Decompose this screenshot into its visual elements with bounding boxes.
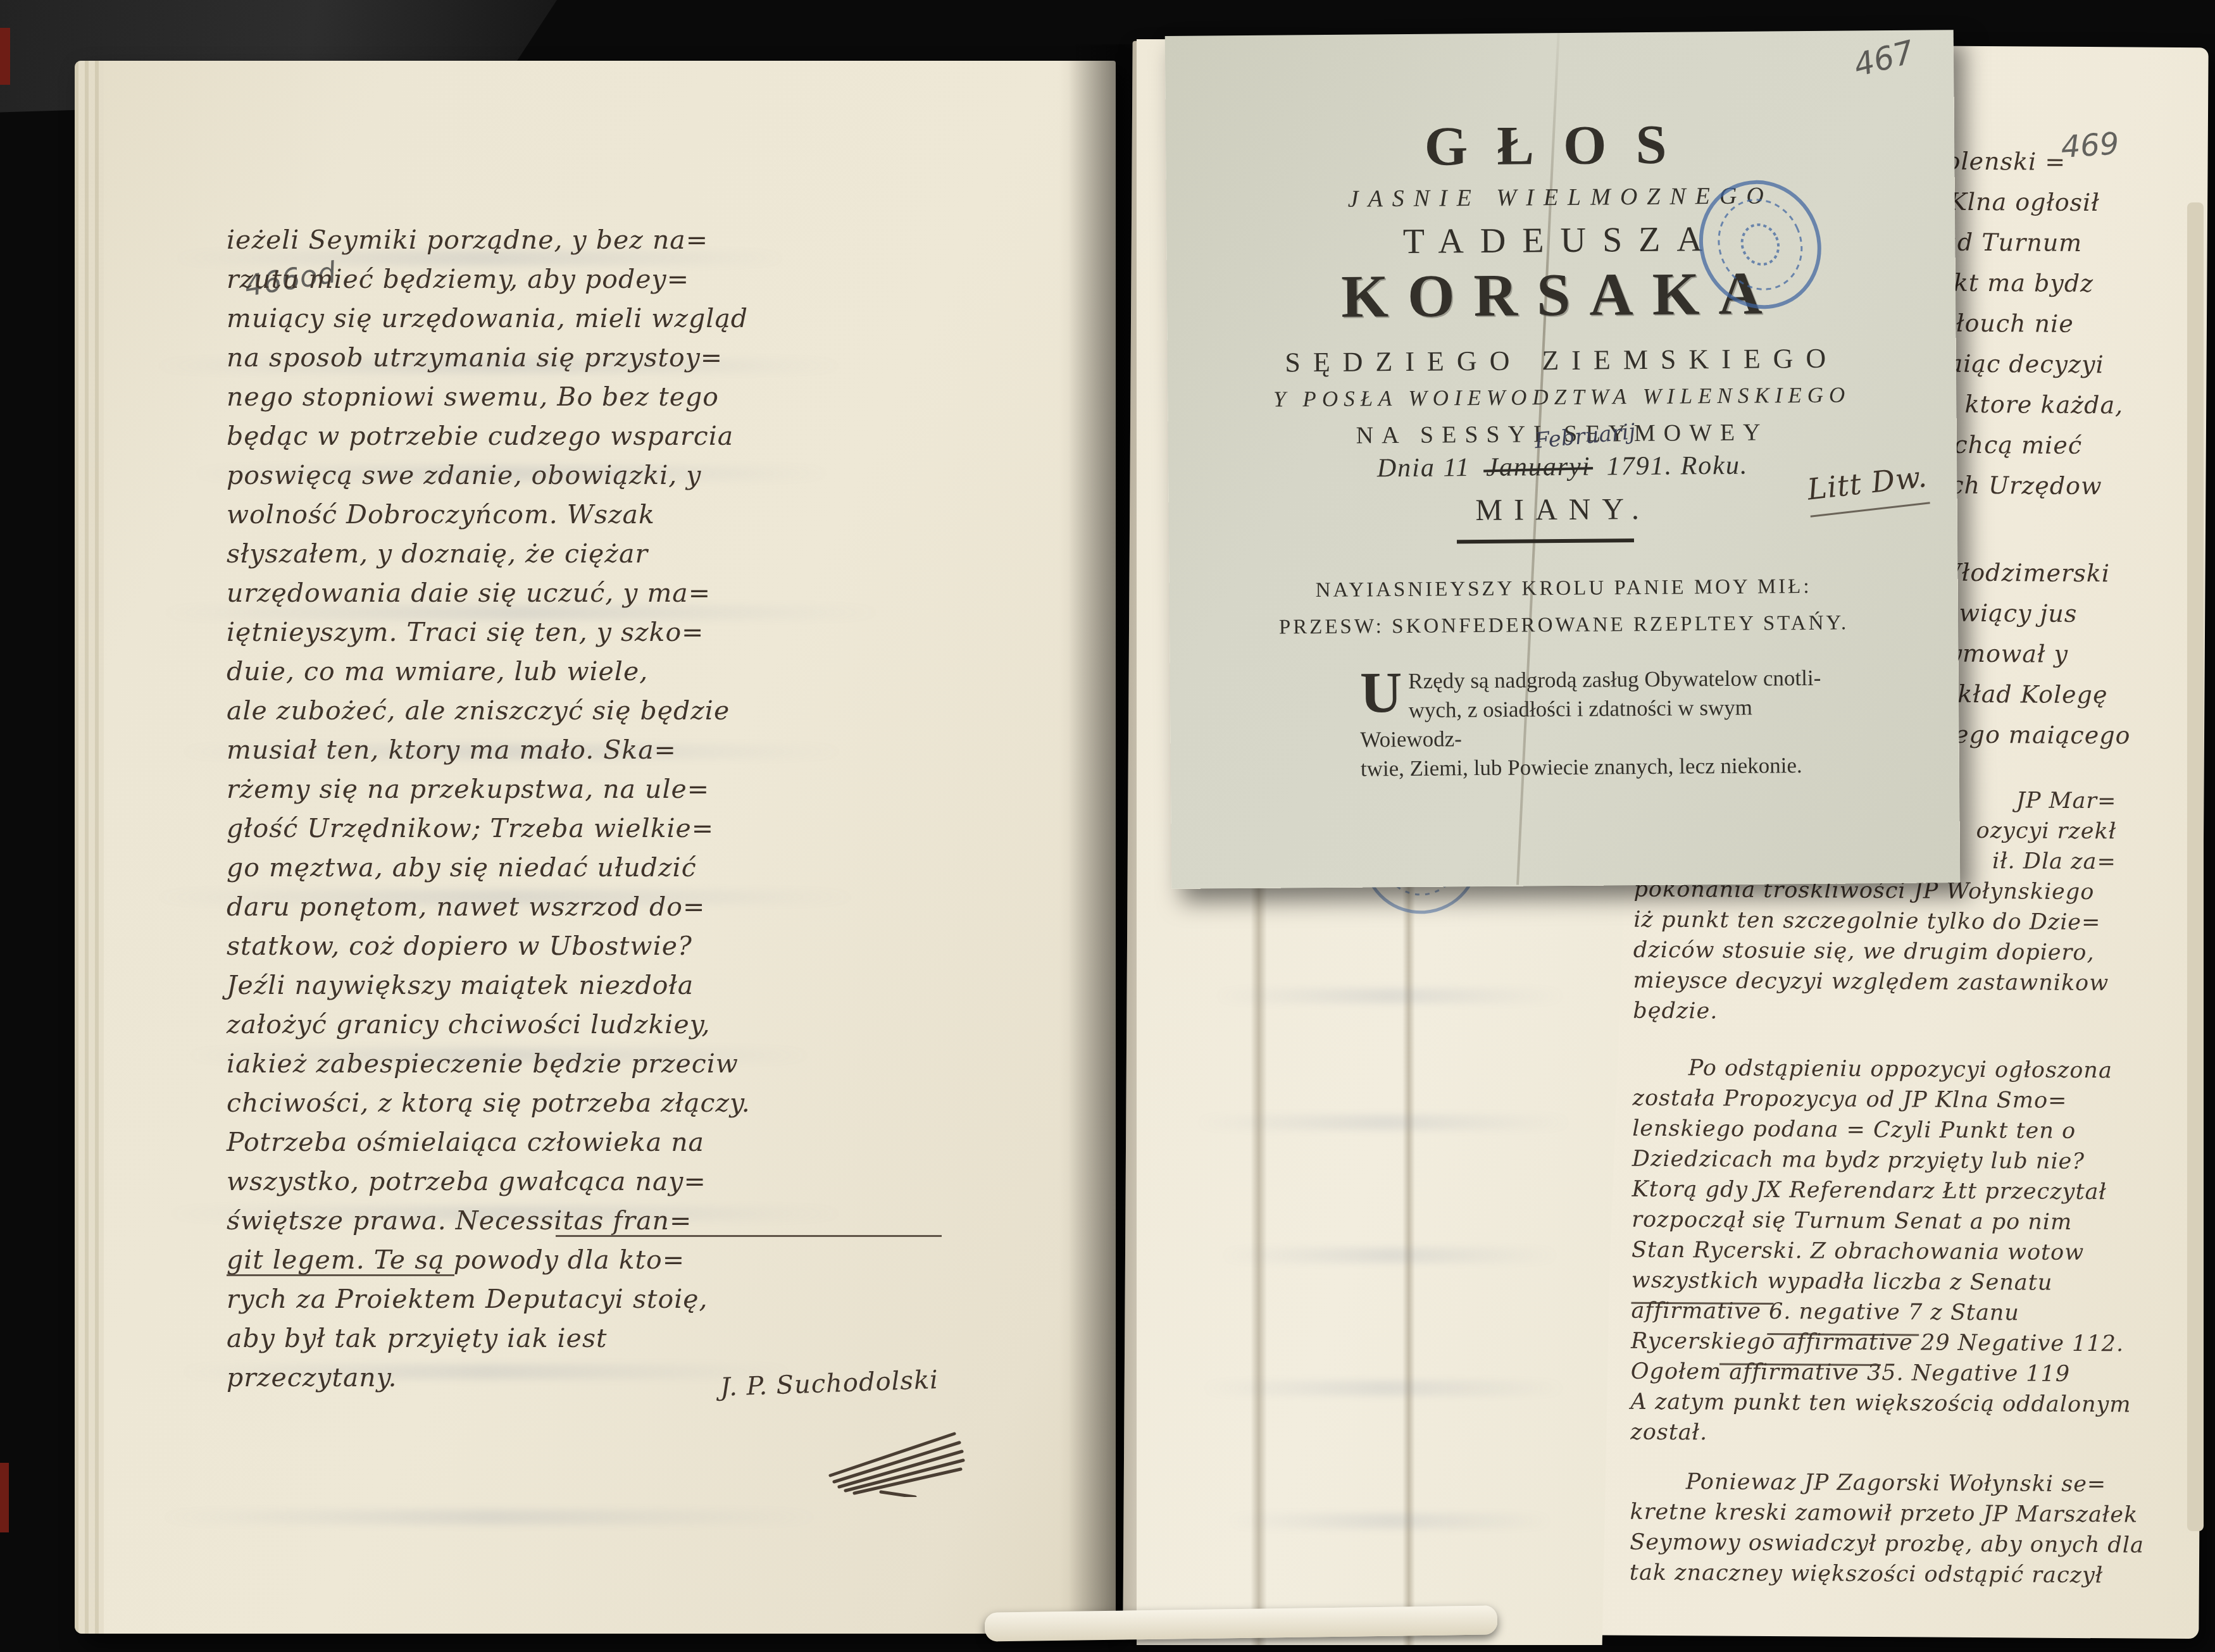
ink-bleed-ghost <box>1213 988 1567 1003</box>
manuscript-line: A zatym punkt ten większością oddalonym <box>1630 1387 2187 1420</box>
title-glos: GŁOS <box>1166 111 1955 181</box>
date-struck-month: Januaryi <box>1486 452 1591 482</box>
underlying-page-edge <box>2187 202 2204 1531</box>
manuscript-line: została Propozycya od JP Klna Smo= <box>1632 1083 2189 1117</box>
printed-rule <box>1457 538 1634 543</box>
manuscript-line: go męztwa, aby się niedać ułudzić <box>227 848 1106 887</box>
date-prefix: Dnia 11 <box>1377 453 1471 483</box>
manuscript-line: urzędowania daie się uczuć, y ma= <box>227 573 1106 612</box>
title-deputy-line: Y POSŁA WOIEWODZTWA WILENSKIEGO <box>1168 382 1956 413</box>
ink-bleed-ghost <box>1194 1115 1573 1130</box>
manuscript-line: wszystko, potrzeba gwałcąca nay= <box>227 1162 1106 1201</box>
manuscript-line: iakież zabespieczenie będzie przeciw <box>227 1044 1106 1083</box>
manuscript-line: ale zubożeć, ale zniszczyć się będzie <box>227 691 1106 730</box>
pencil-folio-number: 467 <box>1850 34 1918 84</box>
manuscript-line: słyszałem, y doznaię, że ciężar <box>227 534 1106 573</box>
manuscript-line: kretne kreski zamowił przeto JP Marszałe… <box>1630 1497 2187 1531</box>
manuscript-line: rżemy się na przekupstwa, na ule= <box>227 769 1106 809</box>
ink-bleed-ghost <box>1200 1381 1567 1396</box>
manuscript-line: chciwości, z ktorą się potrzeba złączy. <box>227 1083 1106 1122</box>
manuscript-line: musiał ten, ktory ma mało. Ska= <box>227 730 1106 769</box>
manuscript-line: daru ponętom, nawet wszrzod do= <box>227 887 1106 926</box>
manuscript-line: muiący się urzędowania, mieli wzgląd <box>227 299 1106 338</box>
manuscript-line: Potrzeba ośmielaiąca człowieka na <box>227 1122 1106 1162</box>
underline-flourish <box>227 1274 454 1276</box>
manuscript-line: na sposob utrzymania się przystoy= <box>227 338 1106 377</box>
ink-bleed-ghost <box>1225 1513 1554 1529</box>
manuscript-line: Poniewaz JP Zagorski Wołynski se= <box>1630 1467 2187 1500</box>
manuscript-line: dziców stosuie się, we drugim dopiero, <box>1633 935 2190 969</box>
printed-title-leaf: 467 GŁOS JASNIE WIELMOZNEGO TADEUSZA KOR… <box>1165 30 1961 889</box>
manuscript-line: iż punkt ten szczegolnie tylko do Dzie= <box>1633 905 2190 938</box>
manuscript-line: statkow, coż dopiero w Ubostwie? <box>227 926 1106 966</box>
manuscript-line: przeczytany. <box>227 1358 1106 1397</box>
printed-body-lines: Rzędy są nadgrodą zasług Obywatelow cnot… <box>1360 664 1842 784</box>
manuscript-line: ieżeli Seymiki porządne, y bez na= <box>227 220 1106 259</box>
ink-bleed-ghost <box>1219 1248 1561 1263</box>
manuscript-line: Po odstąpieniu oppozycyi ogłoszona <box>1633 1053 2190 1086</box>
printed-line: wych, z osiadłości i zdatności w swym Wo… <box>1360 693 1842 755</box>
title-honorific: JASNIE WIELMOZNEGO <box>1166 180 1955 214</box>
manuscript-line: świętsze prawa. Necessitas fran= <box>227 1201 1106 1240</box>
book-scan-photo: 466od ieżeli Seymiki porządne, y bez na=… <box>0 0 2215 1652</box>
manuscript-line: rzutu mieć będziemy, aby podey= <box>227 259 1106 299</box>
manuscript-line: został. <box>1630 1417 2187 1451</box>
left-manuscript-page: 466od ieżeli Seymiki porządne, y bez na=… <box>75 61 1116 1634</box>
cover-red-sliver <box>0 28 10 85</box>
manuscript-line: affirmative 6. negative 7 z Stanu <box>1631 1296 2188 1329</box>
manuscript-paragraphs: JP Mar=ozycyi rzekłił. Dla za=pokonania … <box>1630 783 2192 1591</box>
underline-flourish <box>556 1235 942 1237</box>
date-suffix: 1791. Roku. <box>1606 451 1748 481</box>
manuscript-line: nego stopniowi swemu, Bo bez tego <box>227 377 1106 416</box>
manuscript-line: lenskiego podana = Czyli Punkt ten o <box>1632 1114 2189 1147</box>
manuscript-text-block: ieżeli Seymiki porządne, y bez na=rzutu … <box>227 220 1106 1397</box>
manuscript-line: Rycerskiego affirmative 29 Negative 112. <box>1631 1326 2188 1360</box>
signature-flourish <box>820 1415 972 1497</box>
manuscript-line: Ktorą gdy JX Referendarz Łtt przeczytał <box>1632 1174 2188 1208</box>
manuscript-line: mieysce decyzyi względem zastawnikow <box>1633 966 2190 999</box>
manuscript-line: założyć granicy chciwości ludzkiey, <box>227 1005 1106 1044</box>
manuscript-line: Ogołem affirmative 35. Negative 119 <box>1631 1357 2188 1390</box>
manuscript-line: poswięcą swe zdanie, obowiązki, y <box>227 456 1106 495</box>
salutation-estates: PRZESW: SKONFEDEROWANE RZEPLTEY STAŃY. <box>1170 611 1958 640</box>
manuscript-line: wszystkich wypadła liczba z Senatu <box>1632 1265 2188 1299</box>
manuscript-line: głość Urzędnikow; Trzeba wielkie= <box>227 809 1106 848</box>
manuscript-line: Dziedzicach ma bydz przyięty lub nie? <box>1632 1144 2189 1177</box>
title-office: SĘDZIEGO ZIEMSKIEGO <box>1168 341 1956 380</box>
manuscript-line: rych za Proiektem Deputacyi stoię, <box>227 1279 1106 1319</box>
printed-line: twie, Ziemi, lub Powiecie znanych, lecz … <box>1361 751 1842 784</box>
manuscript-line: będąc w potrzebie cudzego wsparcia <box>227 416 1106 456</box>
manuscript-line: tak znaczney większości odstąpić raczył <box>1630 1558 2187 1591</box>
salutation-king: NAYIASNIEYSZY KROLU PANIE MOY MIŁ: <box>1169 574 1957 604</box>
manuscript-line: aby był tak przyięty iak iest <box>227 1319 1106 1358</box>
printed-body-paragraph: U Rzędy są nadgrodą zasług Obywatelow cn… <box>1360 664 1842 784</box>
manuscript-line: rozpoczął się Turnum Senat a po nim <box>1632 1205 2188 1238</box>
manuscript-line: Jeźli naywiększy maiątek niezdoła <box>227 966 1106 1005</box>
manuscript-line: Seymowy oswiadczył prozbę, aby onych dla <box>1630 1527 2187 1561</box>
dropcap-letter: U <box>1360 667 1409 718</box>
manuscript-line: Stan Rycerski. Z obrachowania wotow <box>1632 1235 2188 1269</box>
cover-red-sliver <box>0 1463 9 1532</box>
printed-line: Rzędy są nadgrodą zasług Obywatelow cnot… <box>1360 664 1841 697</box>
manuscript-line: git legem. Te są powody dla kto= <box>227 1240 1106 1279</box>
manuscript-line: duie, co ma wmiare, lub wiele, <box>227 652 1106 691</box>
manuscript-line: iętnieyszym. Traci się ten, y szko= <box>227 612 1106 652</box>
manuscript-line: będzie. <box>1633 996 2190 1029</box>
ink-bleed-ghost <box>157 1510 821 1525</box>
manuscript-line: wolność Dobroczyńcom. Wszak <box>227 495 1106 534</box>
